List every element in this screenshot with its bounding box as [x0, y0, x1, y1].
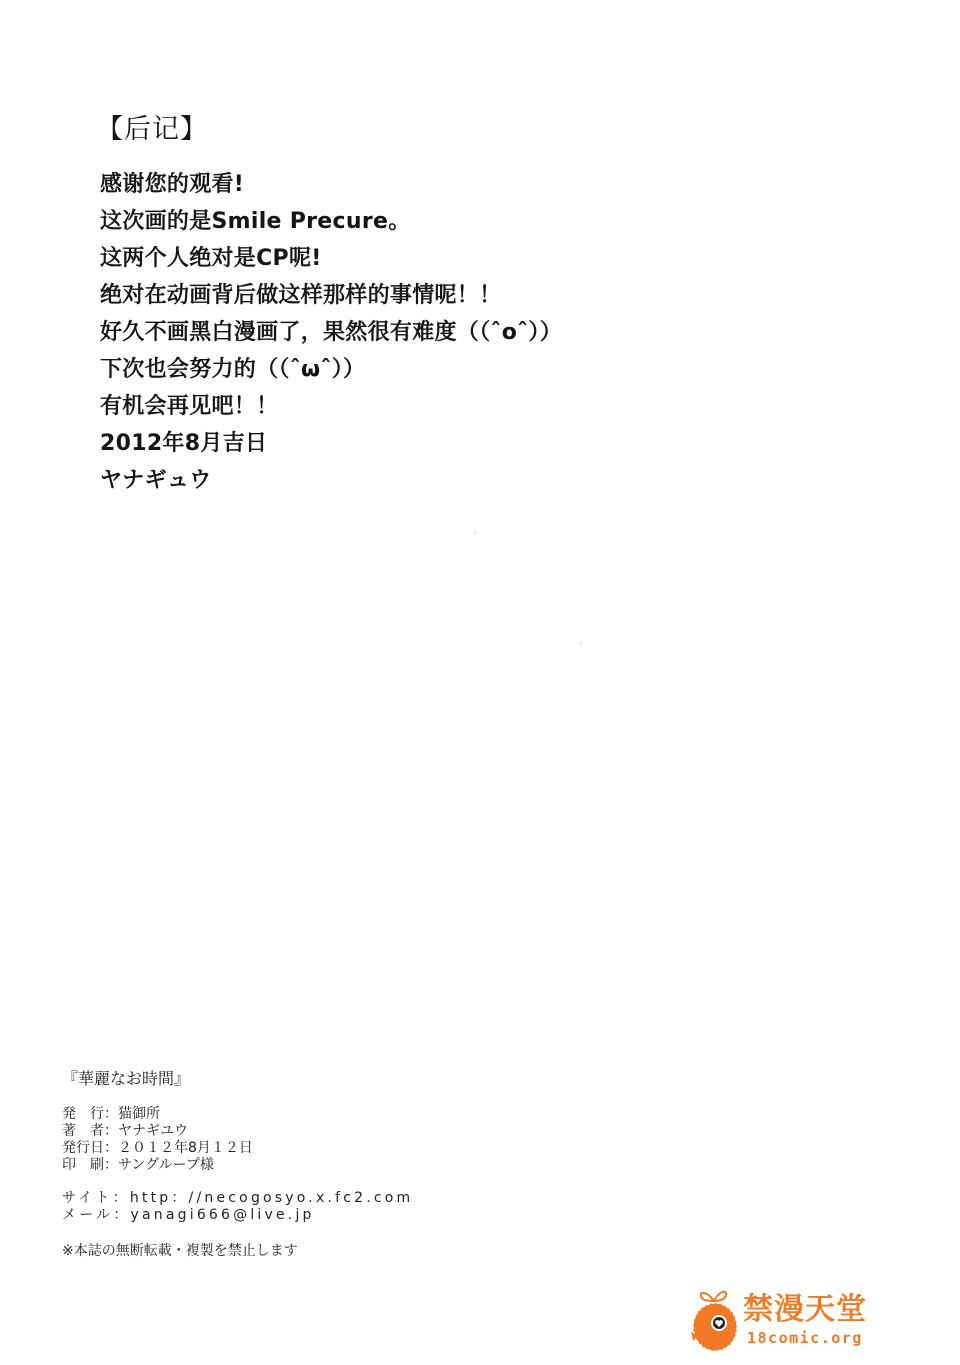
afterword-line: 这次画的是Smile Precure。 [100, 203, 562, 240]
publication-info: 発 行：猫御所 著 者：ヤナギユウ 発行日：２０１２年8月１２日 印 刷：サング… [62, 1106, 413, 1174]
publisher-line: 発 行：猫御所 [62, 1106, 413, 1123]
afterword-date: 2012年8月吉日 [100, 425, 562, 462]
contact-info: サイト：http：//necogosyo.x.fc2.com メール：yanag… [62, 1190, 413, 1224]
afterword-signature: ヤナギュウ [100, 462, 562, 499]
scan-speck [580, 642, 582, 644]
author-line: 著 者：ヤナギユウ [62, 1123, 413, 1140]
afterword-line: 感谢您的观看! [100, 166, 562, 203]
printer-line: 印 刷：サングループ様 [62, 1157, 413, 1174]
orange-whale-heart-icon [687, 1283, 739, 1359]
publish-date-line: 発行日：２０１２年8月１２日 [62, 1140, 413, 1157]
afterword-line: 绝对在动画背后做这样那样的事情呢！！ [100, 277, 562, 314]
book-title: 『華麗なお時間』 [62, 1068, 413, 1090]
site-line: サイト：http：//necogosyo.x.fc2.com [62, 1190, 413, 1207]
afterword-line: 有机会再见吧！！ [100, 388, 562, 425]
afterword-heading: 【后记】 [96, 112, 562, 148]
afterword-line: 这两个人绝对是CP呢! [100, 240, 562, 277]
copyright-notice: ※本誌の無断転載・複製を禁止します [62, 1242, 413, 1260]
afterword-body: 感谢您的观看! 这次画的是Smile Precure。 这两个人绝对是CP呢! … [100, 166, 562, 499]
watermark-domain: 18comic.org [747, 1329, 863, 1347]
afterword-line: 下次也会努力的（（ˆωˆ）） [100, 351, 562, 388]
email-line: メール：yanagi666@live.jp [62, 1207, 413, 1224]
colophon: 『華麗なお時間』 発 行：猫御所 著 者：ヤナギユウ 発行日：２０１２年8月１２… [62, 1068, 413, 1260]
watermark-logo: 禁漫天堂 18comic.org [695, 1283, 925, 1359]
afterword-section: 【后记】 感谢您的观看! 这次画的是Smile Precure。 这两个人绝对是… [100, 112, 562, 499]
watermark-name: 禁漫天堂 [743, 1293, 867, 1327]
scan-speck [474, 532, 476, 534]
afterword-line: 好久不画黑白漫画了，果然很有难度（（ˆoˆ）） [100, 314, 562, 351]
